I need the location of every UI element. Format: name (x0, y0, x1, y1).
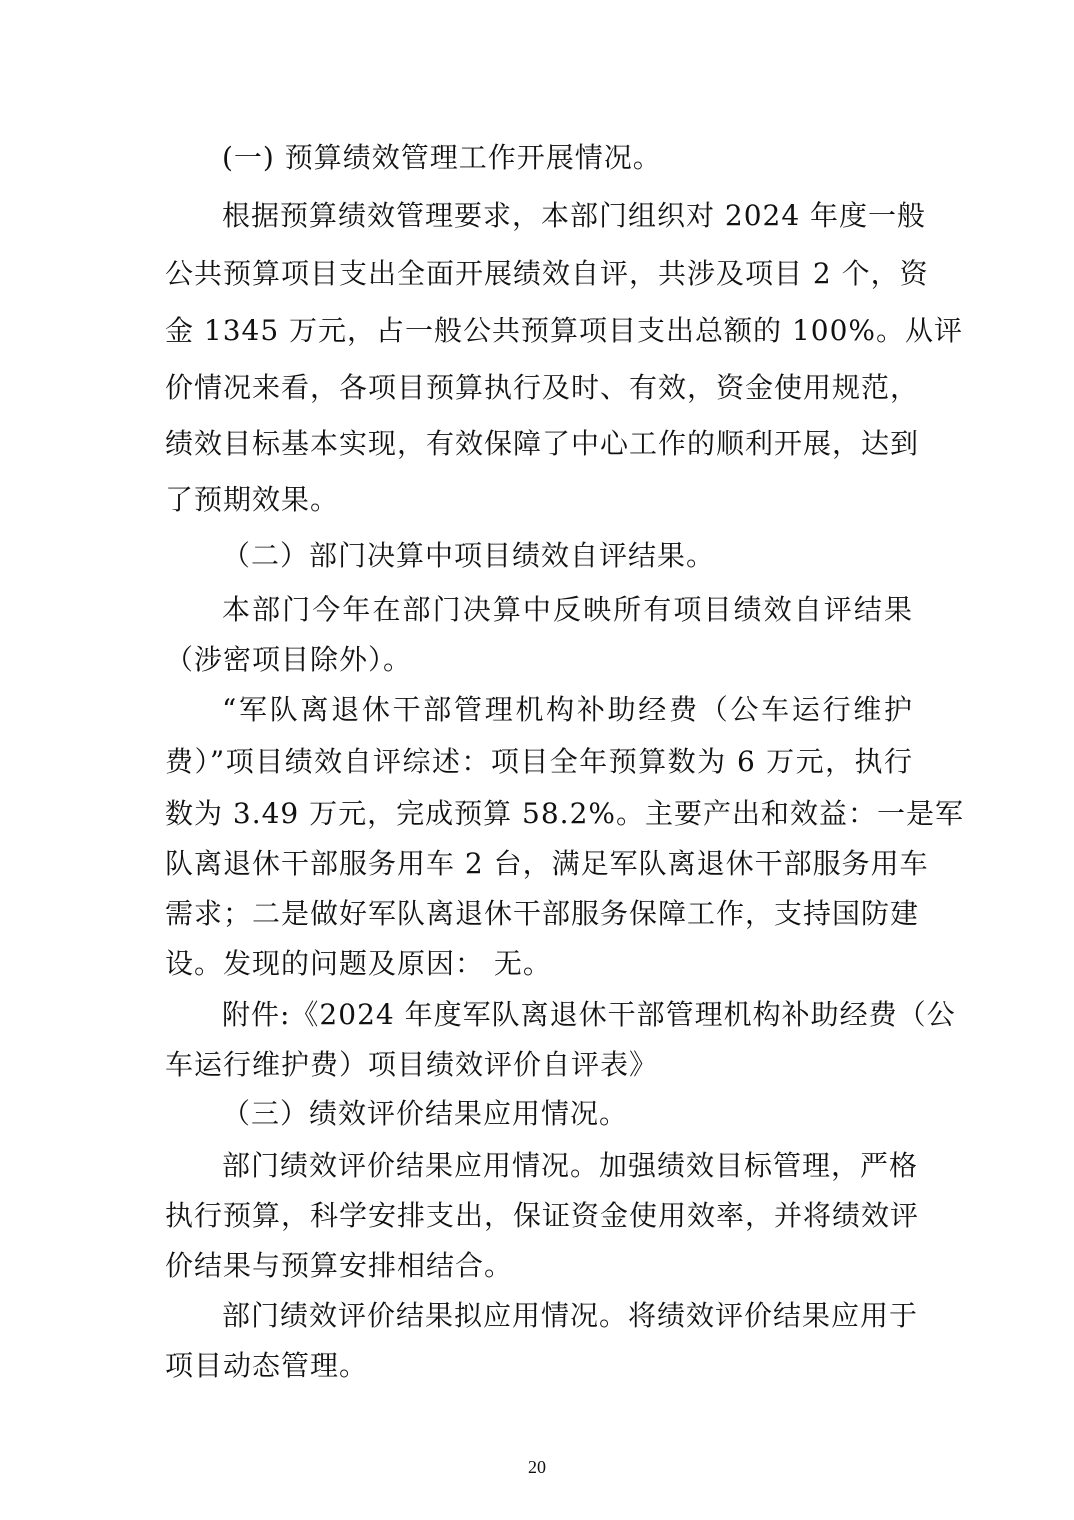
section-heading-3: （三）绩效评价结果应用情况。 (222, 1094, 628, 1134)
paragraph-line: 数为 3.49 万元，完成预算 58.2%。主要产出和效益：一是军 (165, 794, 913, 834)
paragraph-line: （涉密项目除外）。 (165, 640, 913, 680)
paragraph-line: 执行预算，科学安排支出，保证资金使用效率，并将绩效评 (165, 1196, 913, 1236)
document-page: (一) 预算绩效管理工作开展情况。 根据预算绩效管理要求，本部门组织对 2024… (0, 0, 1074, 1520)
attachment-line: 车运行维护费）项目绩效评价自评表》 (165, 1045, 913, 1085)
paragraph-line: 价情况来看，各项目预算执行及时、有效，资金使用规范， (165, 368, 913, 408)
paragraph-line: 金 1345 万元，占一般公共预算项目支出总额的 100%。从评 (165, 311, 913, 351)
paragraph-line: 项目动态管理。 (165, 1346, 913, 1386)
paragraph-line: 设。发现的问题及原因： 无。 (165, 944, 913, 984)
paragraph-line: 需求；二是做好军队离退休干部服务保障工作，支持国防建 (165, 894, 913, 934)
paragraph-line: 本部门今年在部门决算中反映所有项目绩效自评结果 (222, 590, 913, 630)
paragraph-line: 队离退休干部服务用车 2 台，满足军队离退休干部服务用车 (165, 844, 913, 884)
paragraph-line: 根据预算绩效管理要求，本部门组织对 2024 年度一般 (222, 196, 913, 236)
paragraph-line: 部门绩效评价结果拟应用情况。将绩效评价结果应用于 (222, 1296, 913, 1336)
attachment-line: 附件:《2024 年度军队离退休干部管理机构补助经费（公 (222, 995, 913, 1035)
paragraph-line: 绩效目标基本实现，有效保障了中心工作的顺利开展，达到 (165, 424, 913, 464)
section-heading-1: (一) 预算绩效管理工作开展情况。 (222, 138, 662, 178)
section-heading-2: （二）部门决算中项目绩效自评结果。 (222, 536, 715, 576)
paragraph-line: 部门绩效评价结果应用情况。加强绩效目标管理，严格 (222, 1146, 913, 1186)
paragraph-line: 价结果与预算安排相结合。 (165, 1246, 913, 1286)
paragraph-line: 费）”项目绩效自评综述：项目全年预算数为 6 万元，执行 (165, 742, 913, 782)
page-number: 20 (0, 1455, 1074, 1479)
paragraph-line: 了预期效果。 (165, 480, 913, 520)
paragraph-line: “军队离退休干部管理机构补助经费（公车运行维护 (222, 690, 913, 730)
paragraph-line: 公共预算项目支出全面开展绩效自评，共涉及项目 2 个，资 (165, 254, 913, 294)
